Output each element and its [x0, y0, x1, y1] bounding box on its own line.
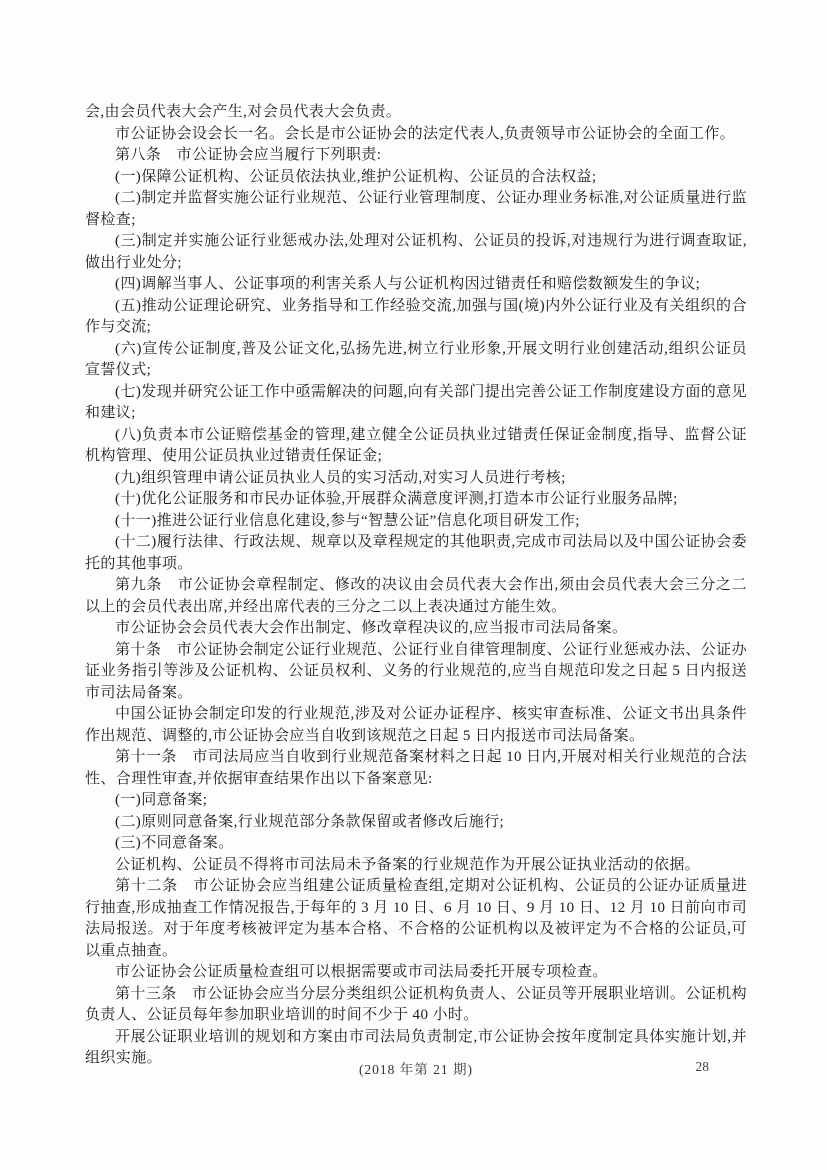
paragraph: 第十三条 市公证协会应当分层分类组织公证机构负责人、公证员等开展职业培训。公证机…: [85, 984, 747, 1027]
paragraph: (六)宣传公证制度,普及公证文化,弘扬先进,树立行业形象,开展文明行业创建活动,…: [85, 339, 747, 382]
paragraph: 第十一条 市司法局应当自收到行业规范备案材料之日起 10 日内,开展对相关行业规…: [85, 747, 747, 790]
paragraph: (二)制定并监督实施公证行业规范、公证行业管理制度、公证办理业务标准,对公证质量…: [85, 188, 747, 231]
paragraph: (七)发现并研究公证工作中亟需解决的问题,向有关部门提出完善公证工作制度建设方面…: [85, 382, 747, 425]
page-footer: (2018 年第 21 期) 28: [85, 1058, 747, 1082]
paragraph: (三)不同意备案。: [85, 833, 747, 855]
paragraph: 市公证协会会员代表大会作出制定、修改章程决议的,应当报市司法局备案。: [85, 618, 747, 640]
paragraph: (一)同意备案;: [85, 790, 747, 812]
paragraph: (八)负责本市公证赔偿基金的管理,建立健全公证员执业过错责任保证金制度,指导、监…: [85, 425, 747, 468]
paragraph: 中国公证协会制定印发的行业规范,涉及对公证办证程序、核实审查标准、公证文书出具条…: [85, 704, 747, 747]
paragraph: 第八条 市公证协会应当履行下列职责:: [85, 145, 747, 167]
issue-label: (2018 年第 21 期): [85, 1058, 747, 1078]
document-body: 会,由会员代表大会产生,对会员代表大会负责。市公证协会设会长一名。会长是市公证协…: [85, 102, 747, 1070]
paragraph: (十)优化公证服务和市民办证体验,开展群众满意度评测,打造本市公证行业服务品牌;: [85, 489, 747, 511]
paragraph: 公证机构、公证员不得将市司法局未予备案的行业规范作为开展公证执业活动的依据。: [85, 855, 747, 877]
paragraph: (三)制定并实施公证行业惩戒办法,处理对公证机构、公证员的投诉,对违规行为进行调…: [85, 231, 747, 274]
paragraph: (十一)推进公证行业信息化建设,参与“智慧公证”信息化项目研发工作;: [85, 511, 747, 533]
paragraph: (九)组织管理申请公证员执业人员的实习活动,对实习人员进行考核;: [85, 468, 747, 490]
scanned-document-page: 会,由会员代表大会产生,对会员代表大会负责。市公证协会设会长一名。会长是市公证协…: [0, 0, 827, 1170]
paragraph: 市公证协会设会长一名。会长是市公证协会的法定代表人,负责领导市公证协会的全面工作…: [85, 124, 747, 146]
paragraph: (二)原则同意备案,行业规范部分条款保留或者修改后施行;: [85, 812, 747, 834]
paragraph: (四)调解当事人、公证事项的利害关系人与公证机构因过错责任和赔偿数额发生的争议;: [85, 274, 747, 296]
paragraph: 第十二条 市公证协会应当组建公证质量检查组,定期对公证机构、公证员的公证办证质量…: [85, 876, 747, 962]
paragraph: 第九条 市公证协会章程制定、修改的决议由会员代表大会作出,须由会员代表大会三分之…: [85, 575, 747, 618]
page-number: 28: [696, 1059, 710, 1075]
paragraph: 市公证协会公证质量检查组可以根据需要或市司法局委托开展专项检查。: [85, 962, 747, 984]
paragraph: 第十条 市公证协会制定公证行业规范、公证行业自律管理制度、公证行业惩戒办法、公证…: [85, 640, 747, 705]
paragraph: (十二)履行法律、行政法规、规章以及章程规定的其他职责,完成市司法局以及中国公证…: [85, 532, 747, 575]
paragraph: 会,由会员代表大会产生,对会员代表大会负责。: [85, 102, 747, 124]
paragraph: (五)推动公证理论研究、业务指导和工作经验交流,加强与国(境)内外公证行业及有关…: [85, 296, 747, 339]
paragraph: (一)保障公证机构、公证员依法执业,维护公证机构、公证员的合法权益;: [85, 167, 747, 189]
